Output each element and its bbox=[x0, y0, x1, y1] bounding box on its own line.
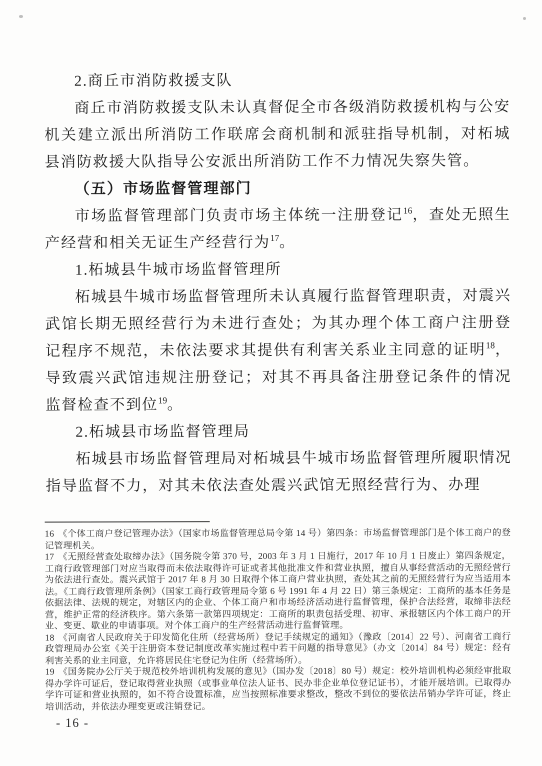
footnote-number: 19 bbox=[45, 667, 54, 677]
footnote: 19《国务院办公厅关于规范校外培训机构发展的意见》（国办发〔2018〕80 号）… bbox=[45, 665, 511, 712]
document-page: 2.商丘市消防救援支队商丘市消防救援支队未认真督促全市各级消防救援机构与公安机关… bbox=[0, 0, 542, 766]
footnote-reference: 19 bbox=[158, 395, 167, 405]
footnote-number: 18 bbox=[45, 632, 54, 642]
footnote-reference: 18 bbox=[486, 340, 495, 350]
footnote-area: 16《个体工商户登记管理办法》（国家市场监督管理总局令第 14 号）第四条：市场… bbox=[45, 520, 511, 712]
scan-speck bbox=[523, 17, 526, 20]
footnote: 17《无照经营查处取缔办法》（国务院令第 370 号，2003 年 3 月 1 … bbox=[45, 550, 511, 632]
paragraph: 市场监督管理部门负责市场主体统一注册登记16，查处无照生产经营和相关无证生产经营… bbox=[45, 202, 511, 258]
footnote-number: 16 bbox=[45, 529, 54, 539]
subheading: 2.商丘市消防救援支队 bbox=[44, 67, 510, 96]
footnote: 16《个体工商户登记管理办法》（国家市场监督管理总局令第 14 号）第四条：市场… bbox=[45, 527, 511, 551]
footnote-number: 17 bbox=[45, 552, 54, 562]
heading: （五）市场监督管理部门 bbox=[45, 175, 511, 204]
footnote-reference: 17 bbox=[270, 233, 279, 243]
scan-speck bbox=[19, 15, 23, 18]
paragraph: 商丘市消防救援支队未认真督促全市各级消防救援机构与公安机关建立派出所消防工作联席… bbox=[44, 94, 510, 177]
footnote-list: 16《个体工商户登记管理办法》（国家市场监督管理总局令第 14 号）第四条：市场… bbox=[45, 527, 511, 712]
footnote-separator bbox=[45, 521, 210, 522]
subheading: 2.柘城县市场监督管理局 bbox=[45, 418, 511, 447]
paragraph: 柘城县牛城市场监督管理所未认真履行监督管理职责，对震兴武馆长期无照经营行为未进行… bbox=[45, 283, 511, 420]
page-number: - 16 - bbox=[56, 716, 89, 731]
footnote: 18《河南省人民政府关于印发简化住所（经营场所）登记手续规定的通知》（豫政〔20… bbox=[45, 631, 511, 667]
subheading: 1.柘城县牛城市场监督管理所 bbox=[45, 256, 511, 285]
footnote-reference: 16 bbox=[403, 206, 412, 216]
paragraph: 柘城县市场监督管理局对柘城县牛城市场监督管理所履职情况指导监督不力，对其未依法查… bbox=[46, 445, 512, 501]
document-body: 2.商丘市消防救援支队商丘市消防救援支队未认真督促全市各级消防救援机构与公安机关… bbox=[44, 67, 512, 501]
